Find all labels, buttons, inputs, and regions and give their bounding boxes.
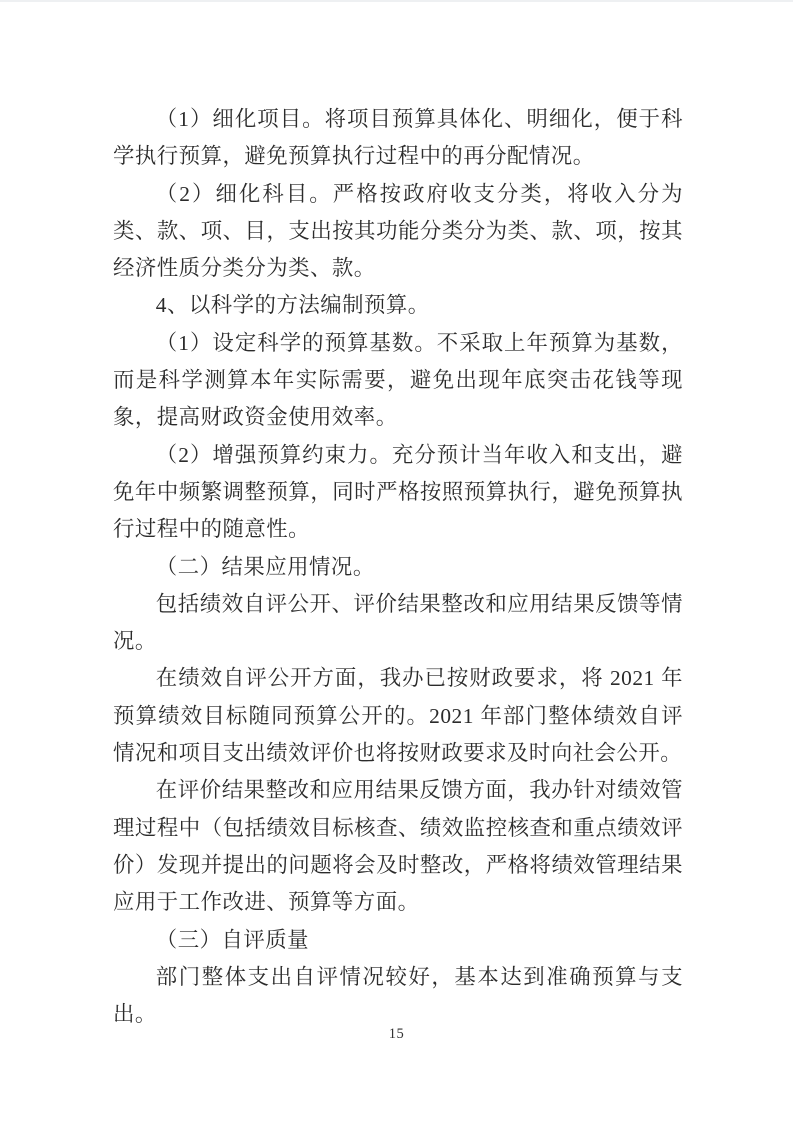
body-paragraph: 部门整体支出自评情况较好，基本达到准确预算与支出。	[113, 959, 683, 1034]
body-paragraph: 包括绩效自评公开、评价结果整改和应用结果反馈等情况。	[113, 586, 683, 661]
body-paragraph: （1）细化项目。将项目预算具体化、明细化，便于科学执行预算，避免预算执行过程中的…	[113, 101, 683, 176]
body-paragraph: 在评价结果整改和应用结果反馈方面，我办针对绩效管理过程中（包括绩效目标核查、绩效…	[113, 772, 683, 921]
body-paragraph: （2）增强预算约束力。充分预计当年收入和支出，避免年中频繁调整预算，同时严格按照…	[113, 437, 683, 549]
section-heading-paragraph: （三）自评质量	[113, 922, 683, 959]
body-paragraph: （2）细化科目。严格按政府收支分类，将收入分为类、款、项、目，支出按其功能分类分…	[113, 176, 683, 288]
document-page: （1）细化项目。将项目预算具体化、明细化，便于科学执行预算，避免预算执行过程中的…	[0, 0, 793, 1122]
page-number: 15	[389, 1026, 405, 1042]
page-footer: 15	[0, 1024, 793, 1044]
body-paragraph: 在绩效自评公开方面，我办已按财政要求，将 2021 年预算绩效目标随同预算公开的…	[113, 660, 683, 772]
document-body: （1）细化项目。将项目预算具体化、明细化，便于科学执行预算，避免预算执行过程中的…	[113, 101, 683, 1033]
body-paragraph: （1）设定科学的预算基数。不采取上年预算为基数，而是科学测算本年实际需要，避免出…	[113, 325, 683, 437]
section-heading-paragraph: （二）结果应用情况。	[113, 549, 683, 586]
body-paragraph: 4、以科学的方法编制预算。	[113, 287, 683, 324]
